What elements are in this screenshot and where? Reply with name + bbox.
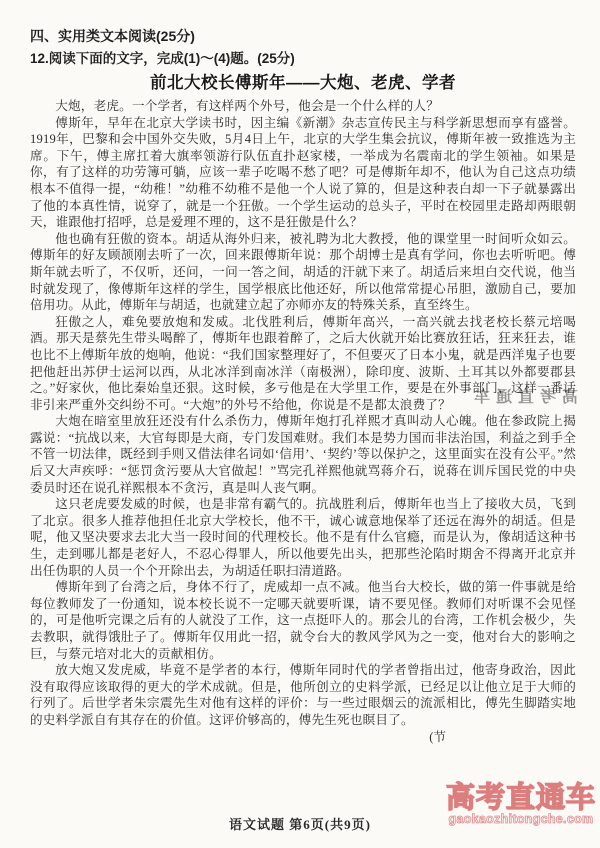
article-paragraph: 大炮在暗室里放狂还没有什么杀伤力，傅斯年炮打孔祥熙才真叫动人心魄。他在参政院上揭… [30, 413, 576, 496]
section-heading: 四、实用类文本阅读(25分) [30, 26, 576, 46]
article-paragraph: 傅斯年，早年在北京大学读书时，因主编《新潮》杂志宣传民主与科学新思想而享有盛誉。… [30, 115, 576, 231]
question-line: 12.阅读下面的文字，完成(1)～(4)题。(25分) [30, 49, 576, 69]
article-title: 前北大校长傅斯年——大炮、老虎、学者 [30, 71, 576, 95]
exam-content: 四、实用类文本阅读(25分) 12.阅读下面的文字，完成(1)～(4)题。(25… [30, 26, 576, 746]
exam-paper-page: 四、实用类文本阅读(25分) 12.阅读下面的文字，完成(1)～(4)题。(25… [0, 0, 600, 848]
article-paragraph: 放大炮又发虎威，毕竟不是学者的本行，傅斯年同时代的学者曾指出过，他寄身政治，因此… [30, 662, 576, 728]
article-paragraph: 这只老虎要发威的时候，也是非常有霸气的。抗战胜利后，傅斯年也当上了接收大员，飞到… [30, 496, 576, 579]
article-paragraph: 他也确有狂傲的资本。胡适从海外归来，被礼聘为北大教授，他的课堂里一时间听众如云。… [30, 231, 576, 314]
page-footer: 语文试题 第6页(共9页) [0, 814, 600, 833]
article-paragraph: 狂傲之人，难免要放炮和发威。北伐胜利后，傅斯年高兴，一高兴就去找老校长蔡元培喝酒… [30, 314, 576, 414]
article-paragraph: 傅斯年到了台湾之后，身体不行了，虎威却一点不减。他当台大校长，做的第一件事就是给… [30, 579, 576, 662]
article-paragraph: 大炮，老虎。一个学者，有这样两个外号，他会是一个什么样的人？ [30, 98, 576, 115]
attribution-line: (节 [30, 729, 576, 746]
brand-watermark-text: 高考直通车 [446, 783, 596, 813]
